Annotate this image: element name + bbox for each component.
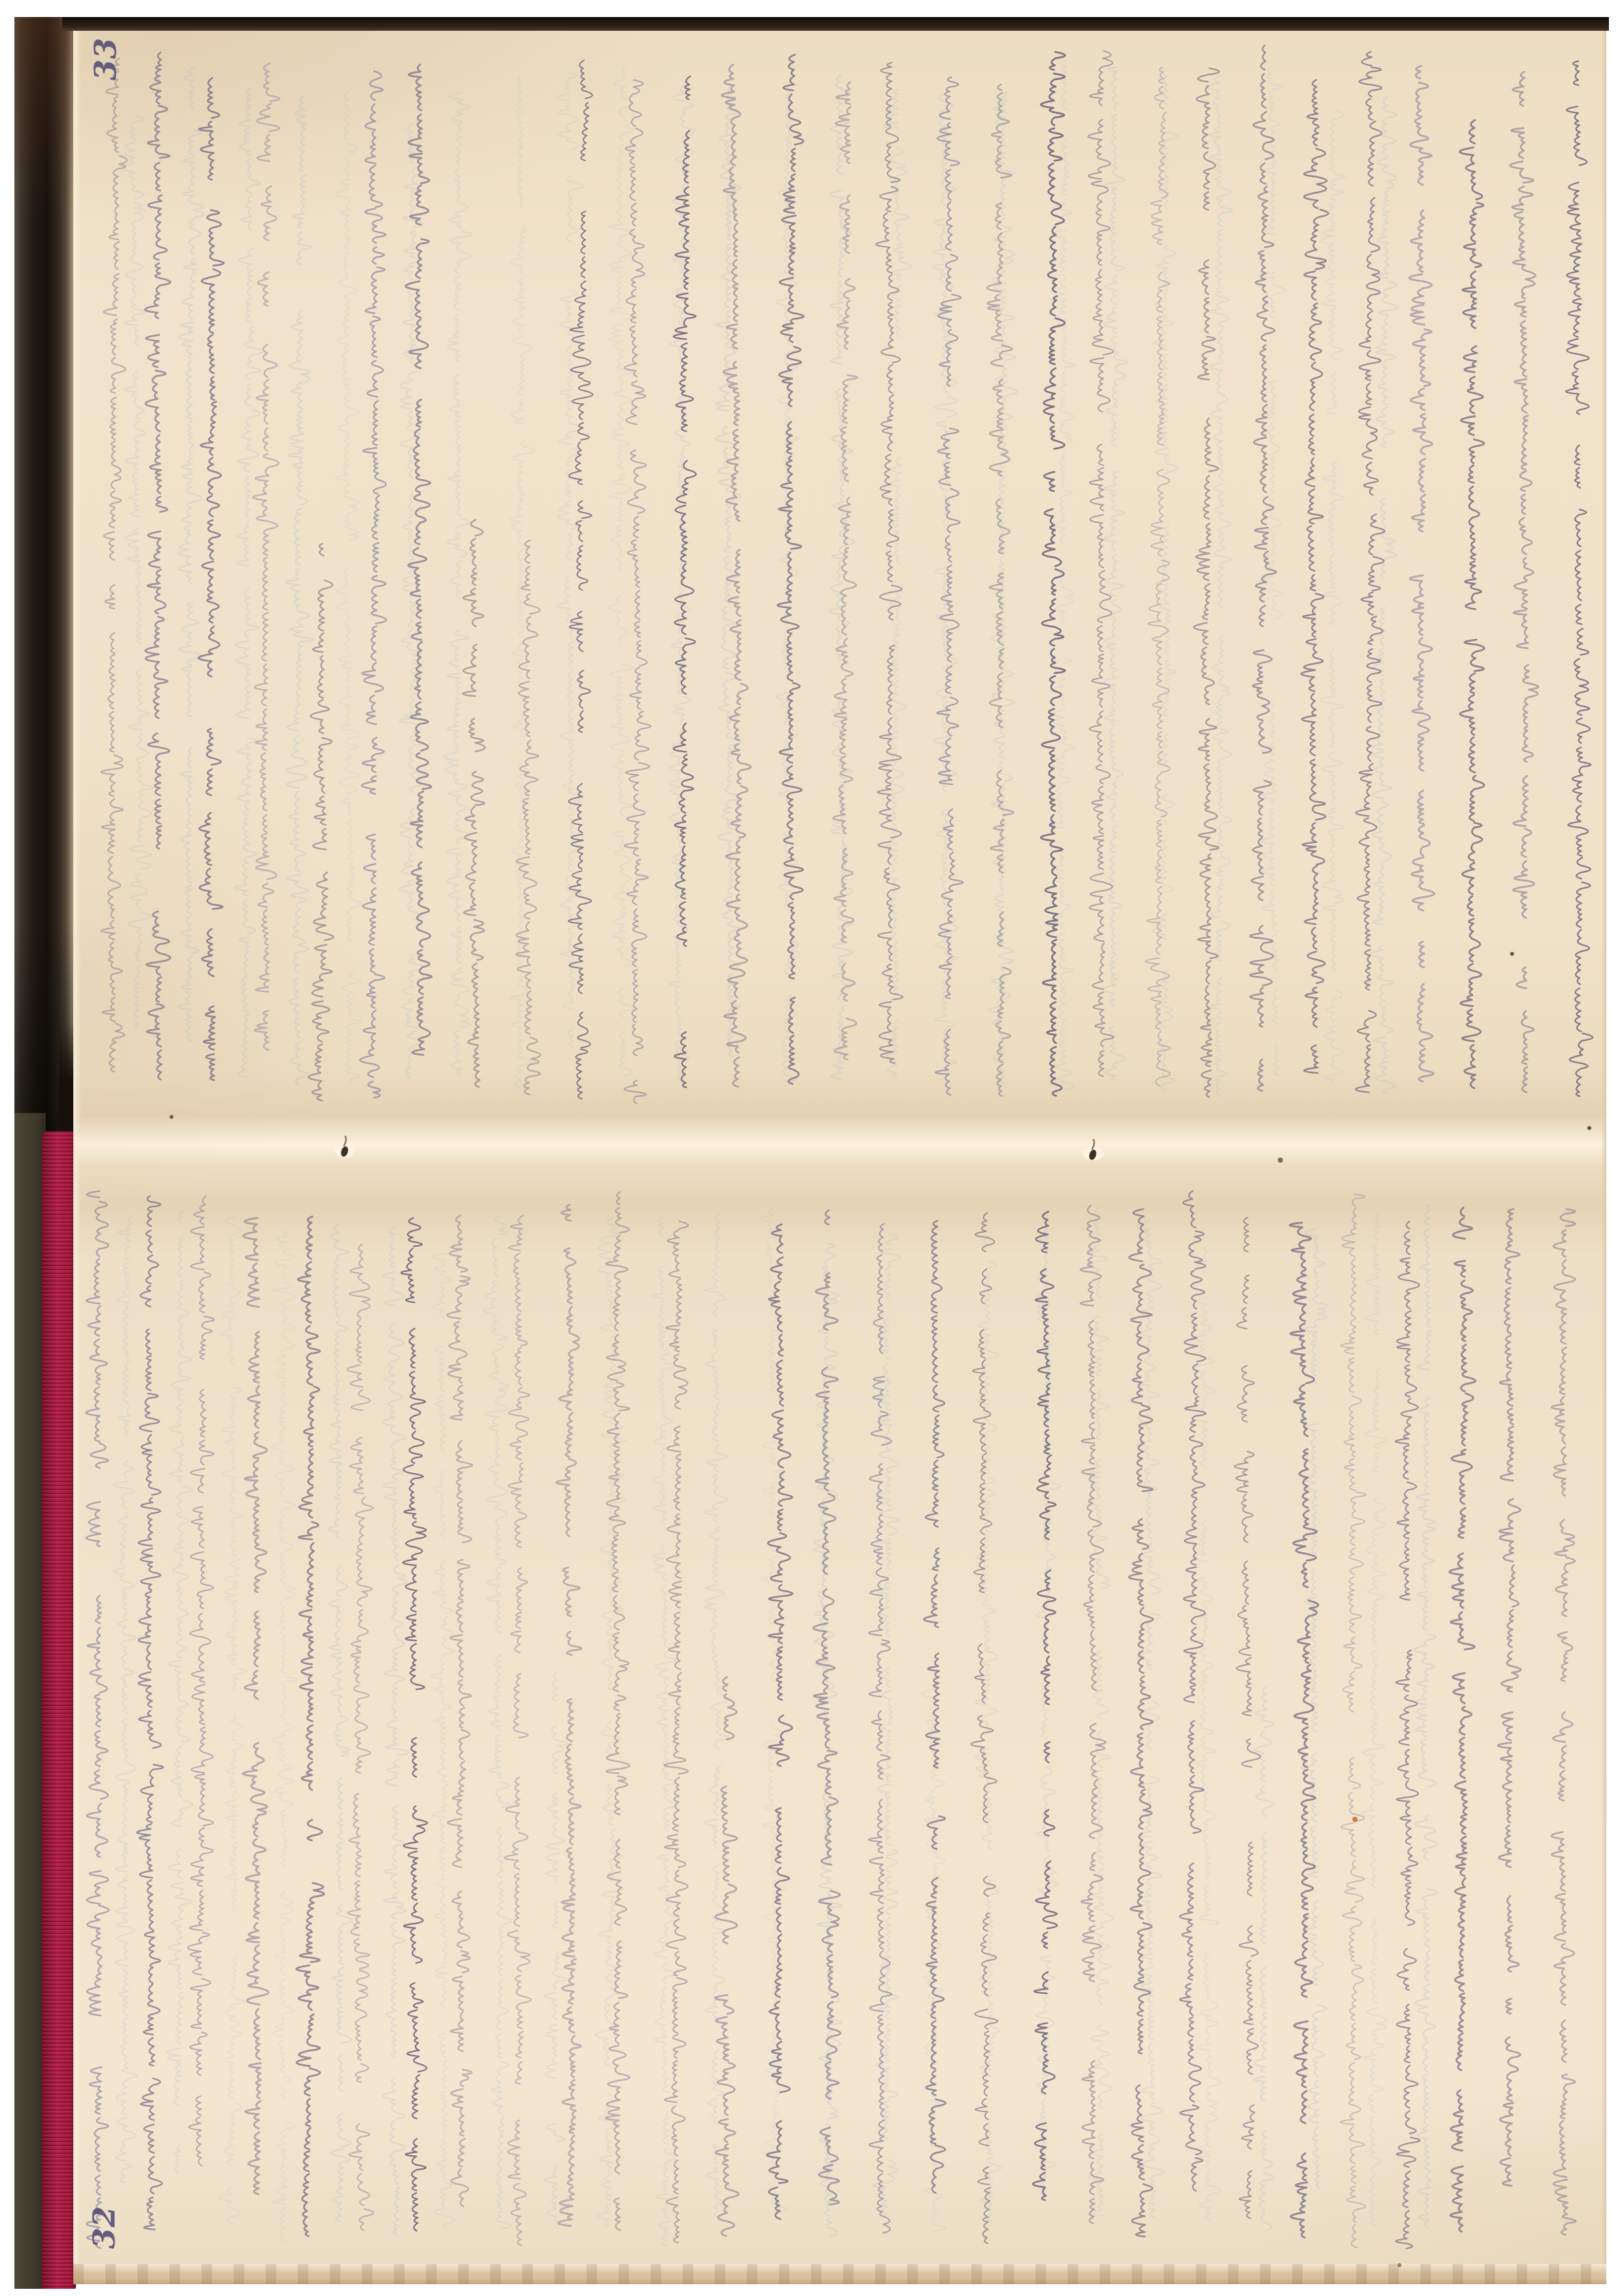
handwritten-line (715, 1677, 738, 2236)
handwritten-line (101, 58, 127, 1072)
handwritten-line (568, 60, 592, 1099)
handwritten-line (1409, 66, 1434, 1082)
handwritten-line (297, 1216, 324, 2236)
handwritten-line (198, 78, 224, 1080)
handwritten-line (1566, 61, 1593, 1096)
bleed-through-line (234, 89, 263, 1077)
handwritten-line (145, 52, 170, 1080)
page-number-32: 32 (79, 2204, 129, 2250)
handwritten-line (1088, 51, 1113, 1076)
handwritten-line (1235, 1218, 1261, 2219)
bleed-through-line (399, 124, 424, 1078)
bleed-through-line (608, 67, 634, 1076)
handwritten-line (1194, 68, 1219, 1097)
bleed-through-line (1254, 1687, 1274, 2231)
bleed-through-line (286, 98, 313, 1085)
handwritten-line (1146, 67, 1170, 1086)
handwritten-line (869, 1224, 892, 2232)
handwritten-line (1551, 1209, 1576, 2235)
handwritten-line (463, 520, 485, 1087)
bleed-through-line (219, 1217, 246, 2224)
handwritten-line (347, 1245, 374, 2231)
handwritten-line (1356, 52, 1384, 1092)
bleed-through-line (329, 1224, 352, 2221)
handwritten-line (243, 1218, 268, 2194)
paper-speck (1278, 1157, 1283, 1163)
bleed-through-line (1321, 111, 1345, 1085)
paper-speck (1510, 952, 1514, 956)
bleed-through-line (444, 92, 471, 1074)
bleed-through-line (544, 1672, 567, 2221)
bleed-through-line (932, 94, 959, 1073)
page-number-33: 33 (81, 36, 130, 82)
handwritten-line (188, 1196, 215, 2166)
handwritten-line (137, 1196, 163, 2230)
bleed-through-line (272, 1231, 297, 2241)
handwritten-line (1460, 120, 1485, 1089)
bleed-through-line (1362, 1213, 1388, 2226)
bleed-through-line (975, 1237, 1001, 2223)
bleed-through-line (1415, 1205, 1438, 2229)
bleed-through-line (122, 116, 153, 1029)
handwritten-line (1301, 80, 1328, 1073)
paper-speck (170, 1115, 173, 1119)
bleed-through-line (557, 73, 583, 1048)
bleed-through-line (484, 1216, 511, 2229)
bleed-through-line (1103, 67, 1128, 1080)
bleed-through-line (113, 1216, 137, 2183)
scanned-diary-spread: 33 32 (0, 0, 1624, 2296)
bleed-through-line (884, 89, 912, 1077)
handwritten-line (360, 71, 386, 1098)
bleed-through-line (922, 1681, 946, 2231)
bleed-through-line (1192, 1246, 1221, 2221)
handwritten-line (505, 1216, 531, 2246)
handwritten-line (1033, 1212, 1057, 2200)
handwritten-line (1341, 1194, 1366, 2248)
bleed-through-line (1370, 97, 1398, 1094)
bleed-through-line (829, 75, 854, 1079)
handwritten-line (664, 1221, 688, 2242)
handwritten-line (556, 1205, 582, 2226)
bleed-through-line (510, 77, 535, 1088)
handwritten-line (1449, 1208, 1475, 2232)
handwritten-line (401, 1218, 427, 2231)
handwritten-line (1396, 1222, 1420, 2249)
paper-speck (1587, 1126, 1591, 1130)
handwritten-line (86, 1191, 109, 2248)
handwritten-line (1498, 1209, 1521, 2186)
paper-speck (1398, 2263, 1401, 2267)
handwritten-line (971, 1212, 998, 2243)
handwritten-line (309, 544, 334, 1101)
bleed-through-line (1206, 77, 1233, 1097)
handwritten-line (814, 1211, 840, 2205)
bleed-through-line (336, 91, 362, 1084)
bleed-through-line (382, 1228, 408, 2234)
bleed-through-line (178, 67, 204, 1041)
paper-speck (1352, 1817, 1358, 1822)
handwritten-line (722, 65, 751, 1087)
handwritten-line (674, 77, 696, 1087)
bleed-through-line (168, 1211, 193, 2172)
handwritten-line (605, 1192, 630, 2231)
handwritten-line (447, 1215, 472, 2206)
bleed-through-line (431, 1254, 455, 2228)
handwritten-line (1510, 72, 1538, 1093)
handwritten-line (253, 64, 280, 1050)
handwritten-line (624, 80, 651, 1103)
handwriting-ink-layer (0, 0, 1624, 2296)
